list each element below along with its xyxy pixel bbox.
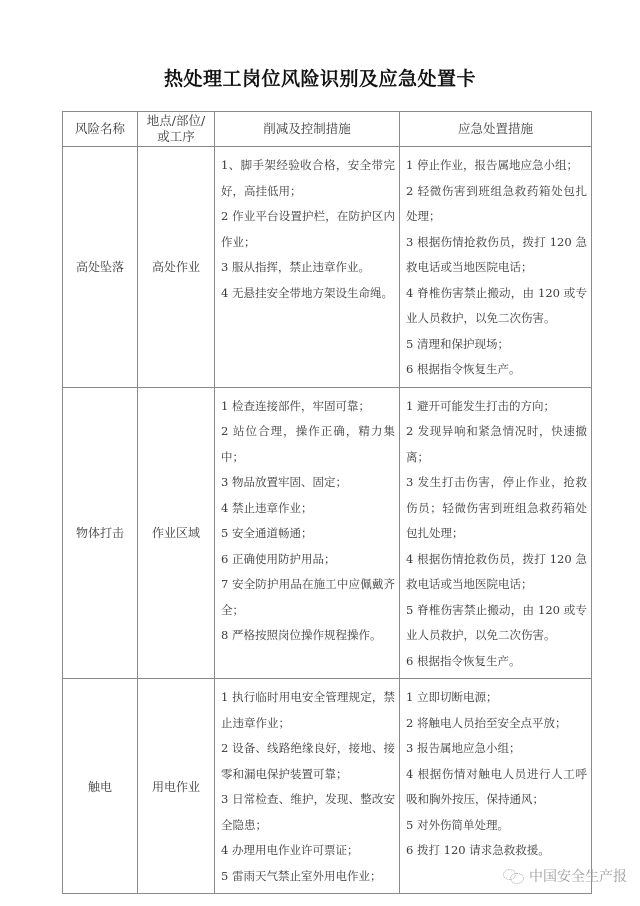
- control-item: 3 服从指挥，禁止违章作业。: [221, 255, 395, 281]
- emergency-item: 6 根据指令恢复生产。: [406, 649, 587, 675]
- emergency-item: 2 发现异响和紧急情况时，快速撤离；: [406, 419, 587, 470]
- emergency-item: 3 发生打击伤害，停止作业，抢救伤员；轻微伤害到班组急救药箱处包扎处理；: [406, 470, 587, 547]
- header-location: 地点/部位/ 或工序: [138, 112, 215, 147]
- control-item: 1 检查连接部件，牢固可靠；: [221, 394, 395, 420]
- emergency-item: 3 根据伤情抢救伤员，拨打 120 急救电话或当地医院电话；: [406, 230, 587, 281]
- location-cell: 高处作业: [138, 147, 215, 388]
- control-item: 3 日常检查、维护，发现、整改安全隐患；: [221, 787, 395, 838]
- emergency-item: 5 清理和保护现场；: [406, 332, 587, 358]
- controls-cell: 1、脚手架经验收合格，安全带完好，高挂低用； 2 作业平台设置护栏，在防护区内作…: [215, 147, 400, 388]
- location-cell: 作业区域: [138, 387, 215, 679]
- emergency-item: 6 根据指令恢复生产。: [406, 357, 587, 383]
- location-cell: 用电作业: [138, 679, 215, 894]
- control-item: 2 设备、线路绝缘良好，接地、接零和漏电保护装置可靠；: [221, 736, 395, 787]
- table-row: 高处坠落 高处作业 1、脚手架经验收合格，安全带完好，高挂低用； 2 作业平台设…: [63, 147, 592, 388]
- control-item: 7 安全防护用品在施工中应佩戴齐全；: [221, 572, 395, 623]
- emergency-item: 2 将触电人员抬至安全点平放；: [406, 711, 587, 737]
- control-item: 4 无悬挂安全带地方架设生命绳。: [221, 281, 395, 307]
- header-location-line-1: 地点/部位/: [139, 113, 213, 129]
- emergency-cell: 1 避开可能发生打击的方向； 2 发现异响和紧急情况时，快速撤离； 3 发生打击…: [400, 387, 592, 679]
- risk-name-cell: 高处坠落: [63, 147, 138, 388]
- emergency-item: 1 避开可能发生打击的方向；: [406, 394, 587, 420]
- emergency-cell: 1 立即切断电源； 2 将触电人员抬至安全点平放； 3 报告属地应急小组； 4 …: [400, 679, 592, 894]
- emergency-item: 5 脊椎伤害禁止搬动，由 120 或专业人员救护，以免二次伤害。: [406, 598, 587, 649]
- emergency-item: 1 立即切断电源；: [406, 685, 587, 711]
- source-watermark: 中国安全生产报: [503, 866, 627, 886]
- wechat-icon: [503, 869, 523, 883]
- control-item: 1 执行临时用电安全管理规定，禁止违章作业；: [221, 685, 395, 736]
- control-item: 6 正确使用防护用品；: [221, 547, 395, 573]
- header-location-line-2: 或工序: [139, 129, 213, 145]
- control-item: 2 站位合理，操作正确，精力集中；: [221, 419, 395, 470]
- watermark-text: 中国安全生产报: [529, 866, 627, 886]
- header-risk-name: 风险名称: [63, 112, 138, 147]
- emergency-item: 3 报告属地应急小组；: [406, 736, 587, 762]
- control-item: 3 物品放置牢固、固定；: [221, 470, 395, 496]
- control-item: 8 严格按照岗位操作规程操作。: [221, 623, 395, 649]
- emergency-item: 4 脊椎伤害禁止搬动，由 120 或专业人员救护，以免二次伤害。: [406, 281, 587, 332]
- emergency-cell: 1 停止作业，报告属地应急小组； 2 轻微伤害到班组急救药箱处包扎处理； 3 根…: [400, 147, 592, 388]
- control-item: 1、脚手架经验收合格，安全带完好，高挂低用；: [221, 153, 395, 204]
- table-row: 触电 用电作业 1 执行临时用电安全管理规定，禁止违章作业； 2 设备、线路绝缘…: [63, 679, 592, 894]
- emergency-item: 2 轻微伤害到班组急救药箱处包扎处理；: [406, 179, 587, 230]
- page-title: 热处理工岗位风险识别及应急处置卡: [0, 64, 640, 91]
- control-item: 4 办理用电作业许可票证；: [221, 838, 395, 864]
- controls-cell: 1 检查连接部件，牢固可靠； 2 站位合理，操作正确，精力集中； 3 物品放置牢…: [215, 387, 400, 679]
- emergency-item: 5 对外伤简单处理。: [406, 813, 587, 839]
- header-emergency: 应急处置措施: [400, 112, 592, 147]
- header-controls: 削减及控制措施: [215, 112, 400, 147]
- table-header-row: 风险名称 地点/部位/ 或工序 削减及控制措施 应急处置措施: [63, 112, 592, 147]
- controls-cell: 1 执行临时用电安全管理规定，禁止违章作业； 2 设备、线路绝缘良好，接地、接零…: [215, 679, 400, 894]
- risk-name-cell: 触电: [63, 679, 138, 894]
- emergency-item: 4 根据伤情对触电人员进行人工呼吸和胸外按压，保持通风；: [406, 762, 587, 813]
- emergency-item: 4 根据伤情抢救伤员，拨打 120 急救电话或当地医院电话；: [406, 547, 587, 598]
- control-item: 4 禁止违章作业；: [221, 496, 395, 522]
- control-item: 2 作业平台设置护栏，在防护区内作业；: [221, 204, 395, 255]
- emergency-item: 6 拨打 120 请求急救救援。: [406, 838, 587, 864]
- control-item: 5 安全通道畅通；: [221, 521, 395, 547]
- risk-name-cell: 物体打击: [63, 387, 138, 679]
- emergency-item: 1 停止作业，报告属地应急小组；: [406, 153, 587, 179]
- risk-card-table: 风险名称 地点/部位/ 或工序 削减及控制措施 应急处置措施 高处坠落 高处作业…: [62, 111, 592, 894]
- control-item: 5 雷雨天气禁止室外用电作业；: [221, 864, 395, 890]
- table-row: 物体打击 作业区域 1 检查连接部件，牢固可靠； 2 站位合理，操作正确，精力集…: [63, 387, 592, 679]
